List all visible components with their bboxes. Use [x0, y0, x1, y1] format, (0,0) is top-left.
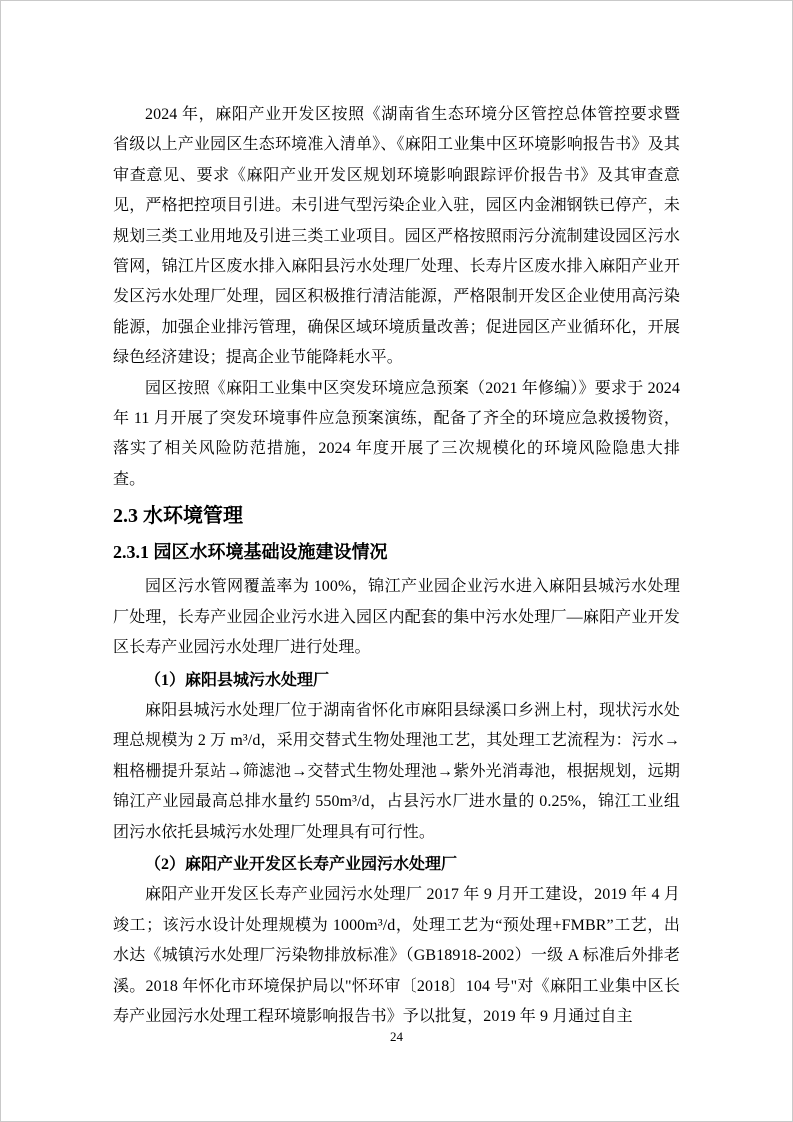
paragraph-emergency-plan: 园区按照《麻阳工业集中区突发环境应急预案（2021 年修编）》要求于 2024 … — [113, 374, 680, 496]
page-number: 24 — [1, 1027, 792, 1047]
paragraph-water-infrastructure: 园区污水管网覆盖率为 100%，锦江产业园企业污水进入麻阳县城污水处理厂处理，长… — [113, 572, 680, 663]
paragraph-plant-2-detail: 麻阳产业开发区长寿产业园污水处理厂 2017 年 9 月开工建设，2019 年 … — [113, 880, 680, 1032]
heading-section-2-3: 2.3 水环境管理 — [113, 501, 680, 531]
paragraph-plant-1-detail: 麻阳县城污水处理厂位于湖南省怀化市麻阳县绿溪口乡洲上村，现状污水处理总规模为 2… — [113, 696, 680, 848]
page-content: 2024 年，麻阳产业开发区按照《湖南省生态环境分区管控总体管控要求暨省级以上产… — [113, 100, 680, 1032]
heading-plant-1: （1）麻阳县城污水处理厂 — [113, 666, 680, 696]
heading-plant-2: （2）麻阳产业开发区长寿产业园污水处理厂 — [113, 850, 680, 880]
paragraph-overview: 2024 年，麻阳产业开发区按照《湖南省生态环境分区管控总体管控要求暨省级以上产… — [113, 100, 680, 374]
document-page: 2024 年，麻阳产业开发区按照《湖南省生态环境分区管控总体管控要求暨省级以上产… — [0, 0, 793, 1122]
heading-subsection-2-3-1: 2.3.1 园区水环境基础设施建设情况 — [113, 537, 680, 567]
